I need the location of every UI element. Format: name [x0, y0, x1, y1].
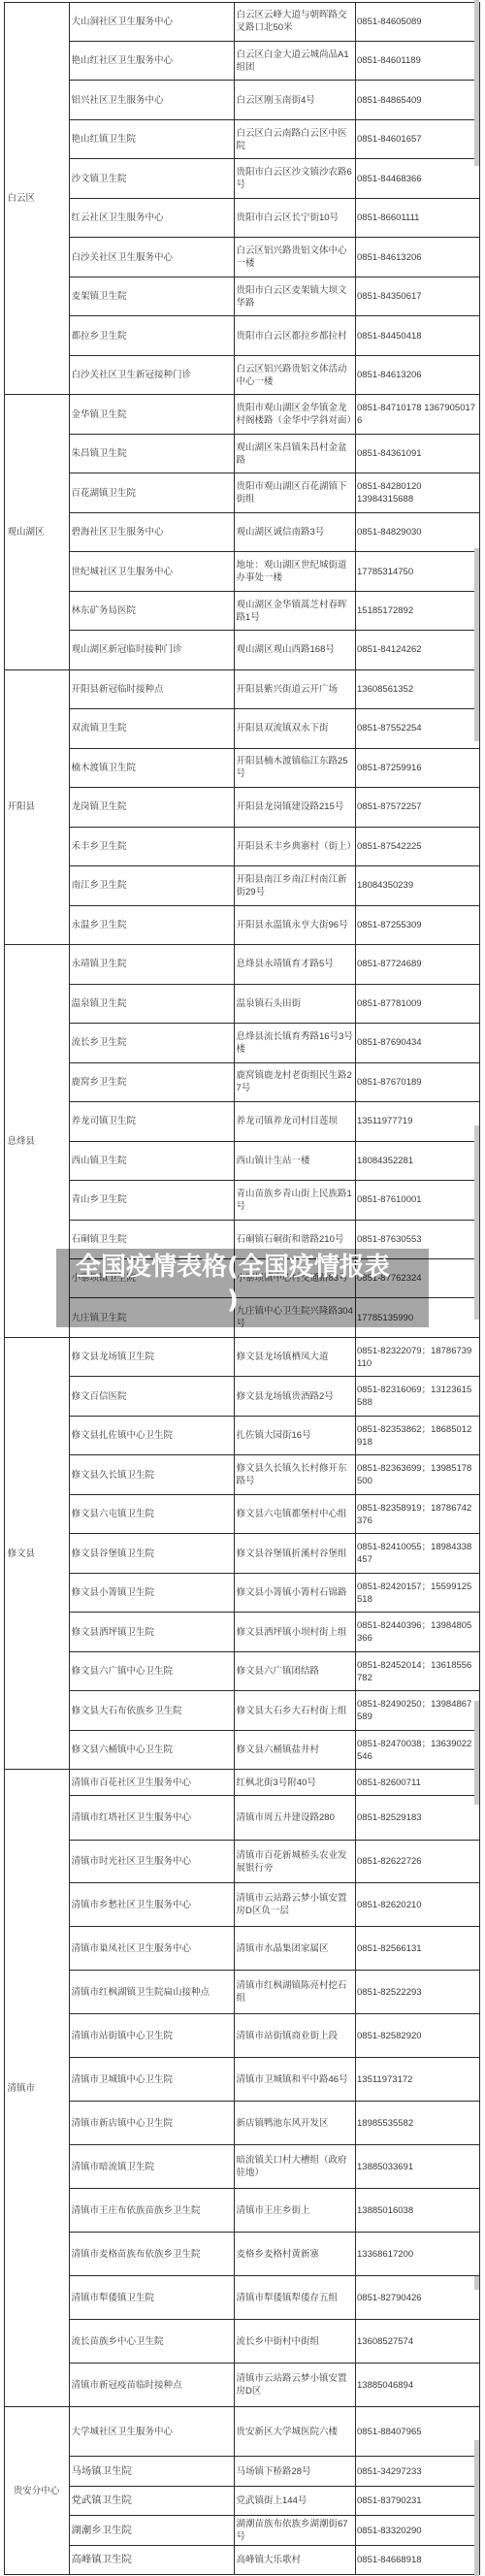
table-row: 都拉乡卫生院贵阳市白云区都拉乡都拉村0851-84450418	[4, 316, 479, 355]
facility-name-cell: 养龙司镇卫生院	[69, 1102, 234, 1141]
table-row: 修文县六屯镇卫生院修文县六屯镇都堡村中心组0851-82358919；18786…	[4, 1494, 479, 1533]
address-cell: 养龙司镇养龙司村目莲坝	[234, 1102, 355, 1141]
facility-name-cell: 双流镇卫生院	[69, 709, 234, 748]
table-row: 流长乡卫生院息烽县流长镇育秀路16号3号楼0851-87690434	[4, 1024, 479, 1062]
table-row: 修文县六广镇中心卫生院修文县六广镇团结路0851-82452014；136185…	[4, 1651, 479, 1690]
facility-name-cell: 世纪城社区卫生服务中心	[69, 552, 234, 591]
address-cell: 贵阳市白云区麦架镇大坝文华路	[234, 277, 355, 315]
facility-name-cell: 清镇市卫城镇中心卫生院	[69, 2058, 234, 2102]
phone-cell: 0851-87255309	[355, 905, 479, 944]
facility-name-cell: 麦架镇卫生院	[69, 277, 234, 315]
address-cell: 温泉镇石头田街	[234, 984, 355, 1023]
address-cell: 清镇市周五井建设路280	[234, 1796, 355, 1841]
address-cell: 修文县小箐镇小箐村石锦路	[234, 1573, 355, 1612]
phone-cell: 0851-82316069；13123615588	[355, 1377, 479, 1416]
table-row: 鹿窝乡卫生院鹿窝镇鹿龙村老街组民生路27号0851-87670189	[4, 1062, 479, 1101]
district-cell: 贵安分中心	[4, 2407, 69, 2575]
facility-name-cell: 流长乡卫生院	[69, 1024, 234, 1062]
table-row: 白云区大山洞社区卫生服务中心白云区云峰大道与朝晖路交叉路口北50米0851-84…	[4, 2, 479, 41]
phone-cell: 13885033691	[355, 2145, 479, 2189]
facility-name-cell: 艳山红镇卫生院	[69, 119, 234, 158]
phone-cell: 0851-84280120 13984315688	[355, 473, 479, 512]
table-row: 南江乡卫生院开阳县南江乡南江村南江新街29号18084350239	[4, 866, 479, 905]
facility-name-cell: 高峰镇卫生院	[69, 2545, 234, 2575]
phone-cell: 0851-87552254	[355, 709, 479, 748]
phone-cell: 13511973172	[355, 2058, 479, 2102]
facility-name-cell: 铝兴社区卫生服务中心	[69, 81, 234, 119]
phone-cell: 0851-84865409	[355, 81, 479, 119]
facility-name-cell: 清镇市时光社区卫生服务中心	[69, 1841, 234, 1883]
table-row: 世纪城社区卫生服务中心地址：观山湖区世纪城街道办事处一楼17785314750	[4, 552, 479, 591]
phone-cell: 17785314750	[355, 552, 479, 591]
phone-cell: 0851-82440396；13984805366	[355, 1613, 479, 1651]
phone-cell: 0851-84361091	[355, 434, 479, 473]
address-cell: 开阳县双流镇双永下街	[234, 709, 355, 748]
facility-name-cell: 百花湖镇卫生院	[69, 473, 234, 512]
facility-name-cell: 修文百信医院	[69, 1377, 234, 1416]
phone-cell: 0851-87572257	[355, 788, 479, 827]
address-cell: 清镇市王庄乡街上	[234, 2189, 355, 2233]
phone-cell: 0851-82410055；18984338457	[355, 1534, 479, 1573]
phone-cell: 13608527574	[355, 2320, 479, 2364]
table-row: 修文县小箐镇卫生院修文县小箐镇小箐村石锦路0851-82420157；15599…	[4, 1573, 479, 1612]
facility-name-cell: 清镇市暗流镇卫生院	[69, 2145, 234, 2189]
facility-name-cell: 楠木渡镇卫生院	[69, 748, 234, 787]
address-cell: 清镇市卫城镇和平中路46号	[234, 2058, 355, 2102]
facility-name-cell: 清镇市巢凤社区卫生服务中心	[69, 1927, 234, 1971]
phone-cell: 0851-83320290	[355, 2516, 479, 2546]
phone-cell: 0851-87781009	[355, 984, 479, 1023]
phone-cell: 0851-87610001	[355, 1181, 479, 1220]
phone-cell: 0851-82790426	[355, 2276, 479, 2320]
table-row: 流长苗族乡中心卫生院流长乡中街村中街组13608527574	[4, 2320, 479, 2364]
table-row: 党武镇卫生院党武镇街上144号0851-83790231	[4, 2486, 479, 2516]
address-cell: 开阳县龙岗镇建设路215号	[234, 788, 355, 827]
table-row: 青山乡卫生院青山苗族乡青山街上民族路1号0851-87610001	[4, 1181, 479, 1220]
facility-name-cell: 清镇市新店镇中心卫生院	[69, 2102, 234, 2145]
table-row: 修文县大石布依族乡卫生院修文县大石乡大石村街上组0851-82490250；13…	[4, 1691, 479, 1730]
table-row: 修文县谷堡镇卫生院修文县谷堡镇折溪村谷堡组0851-82410055；18984…	[4, 1534, 479, 1573]
table-row: 碧海社区卫生服务中心观山湖区诚信南路3号0851-84829030	[4, 512, 479, 551]
address-cell: 扎佐镇大园街16号	[234, 1416, 355, 1454]
table-row: 龙岗镇卫生院开阳县龙岗镇建设路215号0851-87572257	[4, 788, 479, 827]
address-cell: 新店镇鸭池东风开发区	[234, 2102, 355, 2145]
address-cell: 马场镇下桥路28号	[234, 2457, 355, 2487]
address-cell: 贵阳市观山湖区金华镇金龙村阁楼路（金华中学斜对面）	[234, 395, 355, 434]
facility-name-cell: 红云社区卫生服务中心	[69, 198, 234, 237]
table-row: 马场镇卫生院马场镇下桥路28号0851-34297233	[4, 2457, 479, 2487]
phone-cell: 0851-83790231	[355, 2486, 479, 2516]
table-row: 贵安分中心大学城社区卫生服务中心贵安新区大学城医院六楼0851-88407965	[4, 2407, 479, 2457]
address-cell: 修文县龙场镇贵酒路2号	[234, 1377, 355, 1416]
table-row: 沙文镇卫生院贵阳市白云区沙文镇沙农路6号0851-84468366	[4, 159, 479, 198]
address-cell: 白云区云峰大道与朝晖路交叉路口北50米	[234, 2, 355, 41]
table-row: 高峰镇卫生院高峰镇大乐歌村0851-84668918	[4, 2545, 479, 2575]
table-row: 修文县洒坪镇卫生院修文县洒坪镇小坝村街上组0851-82440396；13984…	[4, 1613, 479, 1651]
facility-name-cell: 湖潮乡卫生院	[69, 2516, 234, 2546]
address-cell: 贵安新区大学城医院六楼	[234, 2407, 355, 2457]
address-cell: 贵阳市白云区沙文镇沙农路6号	[234, 159, 355, 198]
facility-name-cell: 清镇市红枫湖镇卫生院扁山接种点	[69, 1971, 234, 2014]
facility-name-cell: 修文县大石布依族乡卫生院	[69, 1691, 234, 1730]
table-row: 禾丰乡卫生院开阳县禾丰乡典寨村（街上）0851-87542225	[4, 827, 479, 865]
facility-name-cell: 林东矿务局医院	[69, 591, 234, 630]
phone-cell: 0851-82622726	[355, 1841, 479, 1883]
facility-name-cell: 沙文镇卫生院	[69, 159, 234, 198]
phone-cell: 0851-87670189	[355, 1062, 479, 1101]
table-row: 养龙司镇卫生院养龙司镇养龙司村目莲坝13511977719	[4, 1102, 479, 1141]
address-cell: 修文县六广镇团结路	[234, 1651, 355, 1690]
table-row: 修文县扎佐镇中心卫生院扎佐镇大园街16号0851-82353862；186850…	[4, 1416, 479, 1454]
table-row: 清镇市巢凤社区卫生服务中心清镇市水晶集团家属区0851-82566131	[4, 1927, 479, 1971]
facility-name-cell: 党武镇卫生院	[69, 2486, 234, 2516]
address-cell: 清镇市百花新城桥头农业发展银行旁	[234, 1841, 355, 1883]
table-row: 红云社区卫生服务中心贵阳市白云区长宁街10号0851-86601111	[4, 198, 479, 237]
phone-cell: 0851-87259916	[355, 748, 479, 787]
address-cell: 修文县谷堡镇折溪村谷堡组	[234, 1534, 355, 1573]
phone-cell: 0851-82322079；18786739110	[355, 1337, 479, 1376]
phone-cell: 0851-87724689	[355, 945, 479, 984]
address-cell: 观山湖区观山西路168号	[234, 631, 355, 669]
table-row: 修文县久长镇卫生院修文县久长镇久长村修开东路号0851-82363699；139…	[4, 1455, 479, 1494]
address-cell: 开阳县禾丰乡典寨村（街上）	[234, 827, 355, 865]
table-row: 清镇市王庄布依族苗族乡卫生院清镇市王庄乡街上13885016038	[4, 2189, 479, 2233]
overlay-title: 全国疫情表格(全国疫情报表)	[73, 1251, 393, 1317]
address-cell: 贵阳市观山湖区百花湖镇下街组	[234, 473, 355, 512]
facility-name-cell: 清镇市新冠疫苗临时接种点	[69, 2364, 234, 2407]
address-cell: 息烽县流长镇育秀路16号3号楼	[234, 1024, 355, 1062]
table-row: 清镇市时光社区卫生服务中心清镇市百花新城桥头农业发展银行旁0851-826227…	[4, 1841, 479, 1883]
facility-name-cell: 白沙关社区卫生新冠接种门诊	[69, 355, 234, 394]
address-cell: 开阳县南江乡南江村南江新街29号	[234, 866, 355, 905]
phone-cell: 0851-82529183	[355, 1796, 479, 1841]
facility-name-cell: 修文县六桶镇中心卫生院	[69, 1730, 234, 1769]
table-row: 清镇市卫城镇中心卫生院清镇市卫城镇和平中路46号13511973172	[4, 2058, 479, 2102]
facility-name-cell: 清镇市红塔社区卫生服务中心	[69, 1796, 234, 1841]
address-cell: 修文县龙场镇栖凤大道	[234, 1337, 355, 1376]
facility-name-cell: 都拉乡卫生院	[69, 316, 234, 355]
table-row: 修文县六桶镇中心卫生院修文县六桶镇盐井村0851-82470038；136390…	[4, 1730, 479, 1769]
address-cell: 清镇市水晶集团家属区	[234, 1927, 355, 1971]
table-row: 清镇市红塔社区卫生服务中心清镇市周五井建设路2800851-82529183	[4, 1796, 479, 1841]
address-cell: 白云区白云南路白云区中医院	[234, 119, 355, 158]
phone-cell: 0851-86601111	[355, 198, 479, 237]
facility-name-cell: 艳山红社区卫生服务中心	[69, 41, 234, 80]
address-cell: 开阳县紫兴街道云开广场	[234, 669, 355, 708]
scrollbar-thumb[interactable]	[474, 1701, 479, 1805]
table-row: 白沙关社区卫生新冠接种门诊白云区铝兴路贵铝文体活动中心一楼0851-846132…	[4, 355, 479, 394]
phone-cell: 0851-84450418	[355, 316, 479, 355]
facility-name-cell: 青山乡卫生院	[69, 1181, 234, 1220]
facility-name-cell: 南江乡卫生院	[69, 866, 234, 905]
address-cell: 湖潮苗族布依族乡湖潮街67号	[234, 2516, 355, 2546]
table-row: 清镇市暗流镇卫生院暗流镇关口村大槽组（政府驻地）13885033691	[4, 2145, 479, 2189]
address-cell: 鹿窝镇鹿龙村老街组民生路27号	[234, 1062, 355, 1101]
phone-cell: 0851-82522293	[355, 1971, 479, 2014]
phone-cell: 0851-82600711	[355, 1770, 479, 1796]
facility-name-cell: 温泉镇卫生院	[69, 984, 234, 1023]
table-row: 温泉镇卫生院温泉镇石头田街0851-87781009	[4, 984, 479, 1023]
table-row: 清镇市站街镇中心卫生院清镇市站街镇商业街上段0851-82582920	[4, 2014, 479, 2058]
district-cell: 白云区	[4, 2, 69, 395]
phone-cell: 0851-84605089	[355, 2, 479, 41]
facility-name-cell: 清镇市王庄布依族苗族乡卫生院	[69, 2189, 234, 2233]
district-cell: 开阳县	[4, 669, 69, 944]
table-row: 铝兴社区卫生服务中心白云区刚玉南街4号0851-84865409	[4, 81, 479, 119]
address-cell: 高峰镇大乐歌村	[234, 2545, 355, 2575]
facility-name-cell: 白沙关社区卫生服务中心	[69, 238, 234, 277]
phone-cell: 0851-87542225	[355, 827, 479, 865]
facility-name-cell: 永温乡卫生院	[69, 905, 234, 944]
table-row: 百花湖镇卫生院贵阳市观山湖区百花湖镇下街组0851-84280120 13984…	[4, 473, 479, 512]
address-cell: 修文县洒坪镇小坝村街上组	[234, 1613, 355, 1651]
facility-name-cell: 清镇市犁倭镇卫生院	[69, 2276, 234, 2320]
facility-name-cell: 鹿窝乡卫生院	[69, 1062, 234, 1101]
district-cell: 修文县	[4, 1337, 69, 1769]
table-row: 观山湖区新冠临时接种门诊观山湖区观山西路168号0851-84124262	[4, 631, 479, 669]
table-row: 林东矿务局医院观山湖区金华镇蒿芝村春晖路1号15185172892	[4, 591, 479, 630]
phone-cell: 0851-82363699；13985178500	[355, 1455, 479, 1494]
facility-name-cell: 流长苗族乡中心卫生院	[69, 2320, 234, 2364]
district-cell: 观山湖区	[4, 395, 69, 669]
facility-name-cell: 朱昌镇卫生院	[69, 434, 234, 473]
address-cell: 观山湖区金华镇蒿芝村春晖路1号	[234, 591, 355, 630]
address-cell: 地址：观山湖区世纪城街道办事处一楼	[234, 552, 355, 591]
facility-name-cell: 龙岗镇卫生院	[69, 788, 234, 827]
facility-name-cell: 大山洞社区卫生服务中心	[69, 2, 234, 41]
table-row: 朱昌镇卫生院观山湖区朱昌镇朱昌村金盆路0851-84361091	[4, 434, 479, 473]
phone-cell: 0851-82490250；13984867589	[355, 1691, 479, 1730]
phone-cell: 13885046894	[355, 2364, 479, 2407]
facility-name-cell: 修文县六屯镇卫生院	[69, 1494, 234, 1533]
address-cell: 贵阳市白云区长宁街10号	[234, 198, 355, 237]
table-row: 湖潮乡卫生院湖潮苗族布依族乡湖潮街67号0851-83320290	[4, 2516, 479, 2546]
facility-name-cell: 观山湖区新冠临时接种门诊	[69, 631, 234, 669]
phone-cell: 0851-84668918	[355, 2545, 479, 2575]
facility-name-cell: 修文县久长镇卫生院	[69, 1455, 234, 1494]
table-row: 观山湖区金华镇卫生院贵阳市观山湖区金华镇金龙村阁楼路（金华中学斜对面）0851-…	[4, 395, 479, 434]
phone-cell: 15185172892	[355, 591, 479, 630]
address-cell: 暗流镇关口村大槽组（政府驻地）	[234, 2145, 355, 2189]
address-cell: 修文县六桶镇盐井村	[234, 1730, 355, 1769]
facility-name-cell: 修文县扎佐镇中心卫生院	[69, 1416, 234, 1454]
table-row: 西山镇卫生院西山镇计生站一楼18084352281	[4, 1141, 479, 1180]
address-cell: 红枫北街3号附40号	[234, 1770, 355, 1796]
phone-cell: 0851-82566131	[355, 1927, 479, 1971]
address-cell: 修文县大石乡大石村街上组	[234, 1691, 355, 1730]
phone-cell: 0851-88407965	[355, 2407, 479, 2457]
phone-cell: 0851-82353862；18685012918	[355, 1416, 479, 1454]
address-cell: 修文县六屯镇都堡村中心组	[234, 1494, 355, 1533]
address-cell: 白云区铝兴路贵铝文体中心一楼	[234, 238, 355, 277]
phone-cell: 13608561352	[355, 669, 479, 708]
table-row: 开阳县开阳县新冠临时接种点开阳县紫兴街道云开广场13608561352	[4, 669, 479, 708]
phone-cell: 0851-84613206	[355, 238, 479, 277]
facility-name-cell: 清镇市百花社区卫生服务中心	[69, 1770, 234, 1796]
facility-name-cell: 大学城社区卫生服务中心	[69, 2407, 234, 2457]
address-cell: 清镇市站街镇商业街上段	[234, 2014, 355, 2058]
address-cell: 观山湖区诚信南路3号	[234, 512, 355, 551]
table-row: 修文百信医院修文县龙场镇贵酒路2号0851-82316069；131236155…	[4, 1377, 479, 1416]
facility-name-cell: 修文县谷堡镇卫生院	[69, 1534, 234, 1573]
phone-cell: 0851-84601657	[355, 119, 479, 158]
address-cell: 开阳县楠木渡镇临江东路25号	[234, 748, 355, 787]
facility-name-cell: 清镇市乡愁社区卫生服务中心	[69, 1883, 234, 1927]
table-row: 双流镇卫生院开阳县双流镇双永下街0851-87552254	[4, 709, 479, 748]
phone-cell: 13511977719	[355, 1102, 479, 1141]
facility-name-cell: 修文县洒坪镇卫生院	[69, 1613, 234, 1651]
facility-name-cell: 碧海社区卫生服务中心	[69, 512, 234, 551]
phone-cell: 0851-82470038；13639022546	[355, 1730, 479, 1769]
facility-name-cell: 西山镇卫生院	[69, 1141, 234, 1180]
phone-cell: 18084350239	[355, 866, 479, 905]
facility-name-cell: 修文县小箐镇卫生院	[69, 1573, 234, 1612]
table-row: 清镇市乡愁社区卫生服务中心清镇市云站路云梦小镇安置房D区负一层0851-8262…	[4, 1883, 479, 1927]
facility-name-cell: 马场镇卫生院	[69, 2457, 234, 2487]
facility-name-cell: 金华镇卫生院	[69, 395, 234, 434]
phone-cell: 0851-84613206	[355, 355, 479, 394]
phone-cell: 0851-82452014；13618556782	[355, 1651, 479, 1690]
table-row: 永温乡卫生院开阳县永温镇永亨大街96号0851-87255309	[4, 905, 479, 944]
phone-cell: 13885016038	[355, 2189, 479, 2233]
facility-name-cell: 永靖镇卫生院	[69, 945, 234, 984]
phone-cell: 0851-82358919；18786742376	[355, 1494, 479, 1533]
address-cell: 党武镇街上144号	[234, 2486, 355, 2516]
table-row: 白沙关社区卫生服务中心白云区铝兴路贵铝文体中心一楼0851-84613206	[4, 238, 479, 277]
phone-cell: 0851-84350617	[355, 277, 479, 315]
scrollbar-thumb[interactable]	[474, 1125, 479, 1320]
phone-cell: 0851-84124262	[355, 631, 479, 669]
phone-cell: 0851-34297233	[355, 2457, 479, 2487]
table-row: 艳山红社区卫生服务中心白云区白金大道云城尚品A1组团0851-84601189	[4, 41, 479, 80]
address-cell: 清镇市云站路云梦小镇安置房D区	[234, 2364, 355, 2407]
phone-cell: 0851-84710178 13679050176	[355, 395, 479, 434]
title-overlay: 全国疫情表格(全国疫情报表)	[56, 1249, 429, 1327]
address-cell: 白云区铝兴路贵铝文体活动中心一楼	[234, 355, 355, 394]
table-row: 清镇市新店镇中心卫生院新店镇鸭池东风开发区18985535582	[4, 2102, 479, 2145]
phone-cell: 0851-82420157；15599125518	[355, 1573, 479, 1612]
facility-name-cell: 开阳县新冠临时接种点	[69, 669, 234, 708]
address-cell: 修文县久长镇久长村修开东路号	[234, 1455, 355, 1494]
address-cell: 流长乡中街村中街组	[234, 2320, 355, 2364]
phone-cell: 0851-84601189	[355, 41, 479, 80]
facility-name-cell: 清镇市麦格苗族布依族乡卫生院	[69, 2233, 234, 2276]
address-cell: 清镇市红枫湖镇陈亮村挖石组	[234, 1971, 355, 2014]
table-row: 楠木渡镇卫生院开阳县楠木渡镇临江东路25号0851-87259916	[4, 748, 479, 787]
address-cell: 青山苗族乡青山街上民族路1号	[234, 1181, 355, 1220]
phone-cell: 13368617200	[355, 2233, 479, 2276]
table-row: 清镇市新冠疫苗临时接种点清镇市云站路云梦小镇安置房D区13885046894	[4, 2364, 479, 2407]
address-cell: 清镇市犁倭镇犁倭存五组	[234, 2276, 355, 2320]
phone-cell: 0851-84468366	[355, 159, 479, 198]
address-cell: 西山镇计生站一楼	[234, 1141, 355, 1180]
address-cell: 贵阳市白云区都拉乡都拉村	[234, 316, 355, 355]
facility-name-cell: 修文县龙场镇卫生院	[69, 1337, 234, 1376]
phone-cell: 0851-82620210	[355, 1883, 479, 1927]
facility-name-cell: 清镇市站街镇中心卫生院	[69, 2014, 234, 2058]
phone-cell: 0851-82582920	[355, 2014, 479, 2058]
scrollbar-thumb[interactable]	[474, 0, 479, 166]
address-cell: 开阳县永温镇永亨大街96号	[234, 905, 355, 944]
phone-cell: 18084352281	[355, 1141, 479, 1180]
facility-name-cell: 禾丰乡卫生院	[69, 827, 234, 865]
phone-cell: 0851-87690434	[355, 1024, 479, 1062]
phone-cell: 0851-84829030	[355, 512, 479, 551]
address-cell: 白云区刚玉南街4号	[234, 81, 355, 119]
table-row: 清镇市犁倭镇卫生院清镇市犁倭镇犁倭存五组0851-82790426	[4, 2276, 479, 2320]
scrollbar-thumb[interactable]	[474, 548, 479, 741]
scrollbar-thumb[interactable]	[474, 2440, 479, 2576]
phone-cell: 18985535582	[355, 2102, 479, 2145]
district-cell: 清镇市	[4, 1770, 69, 2407]
address-cell: 麦格乡麦格村黄新寨	[234, 2233, 355, 2276]
table-row: 麦架镇卫生院贵阳市白云区麦架镇大坝文华路0851-84350617	[4, 277, 479, 315]
table-row: 清镇市红枫湖镇卫生院扁山接种点清镇市红枫湖镇陈亮村挖石组0851-8252229…	[4, 1971, 479, 2014]
table-row: 清镇市麦格苗族布依族乡卫生院麦格乡麦格村黄新寨13368617200	[4, 2233, 479, 2276]
scrollbar-thumb[interactable]	[474, 2276, 479, 2290]
table-row: 艳山红镇卫生院白云区白云南路白云区中医院0851-84601657	[4, 119, 479, 158]
address-cell: 清镇市云站路云梦小镇安置房D区负一层	[234, 1883, 355, 1927]
table-row: 息烽县永靖镇卫生院息烽县永靖镇育才路5号0851-87724689	[4, 945, 479, 984]
address-cell: 白云区白金大道云城尚品A1组团	[234, 41, 355, 80]
address-cell: 息烽县永靖镇育才路5号	[234, 945, 355, 984]
table-row: 修文县修文县龙场镇卫生院修文县龙场镇栖凤大道0851-82322079；1878…	[4, 1337, 479, 1376]
facility-name-cell: 修文县六广镇中心卫生院	[69, 1651, 234, 1690]
address-cell: 观山湖区朱昌镇朱昌村金盆路	[234, 434, 355, 473]
table-row: 清镇市清镇市百花社区卫生服务中心红枫北街3号附40号0851-82600711	[4, 1770, 479, 1796]
